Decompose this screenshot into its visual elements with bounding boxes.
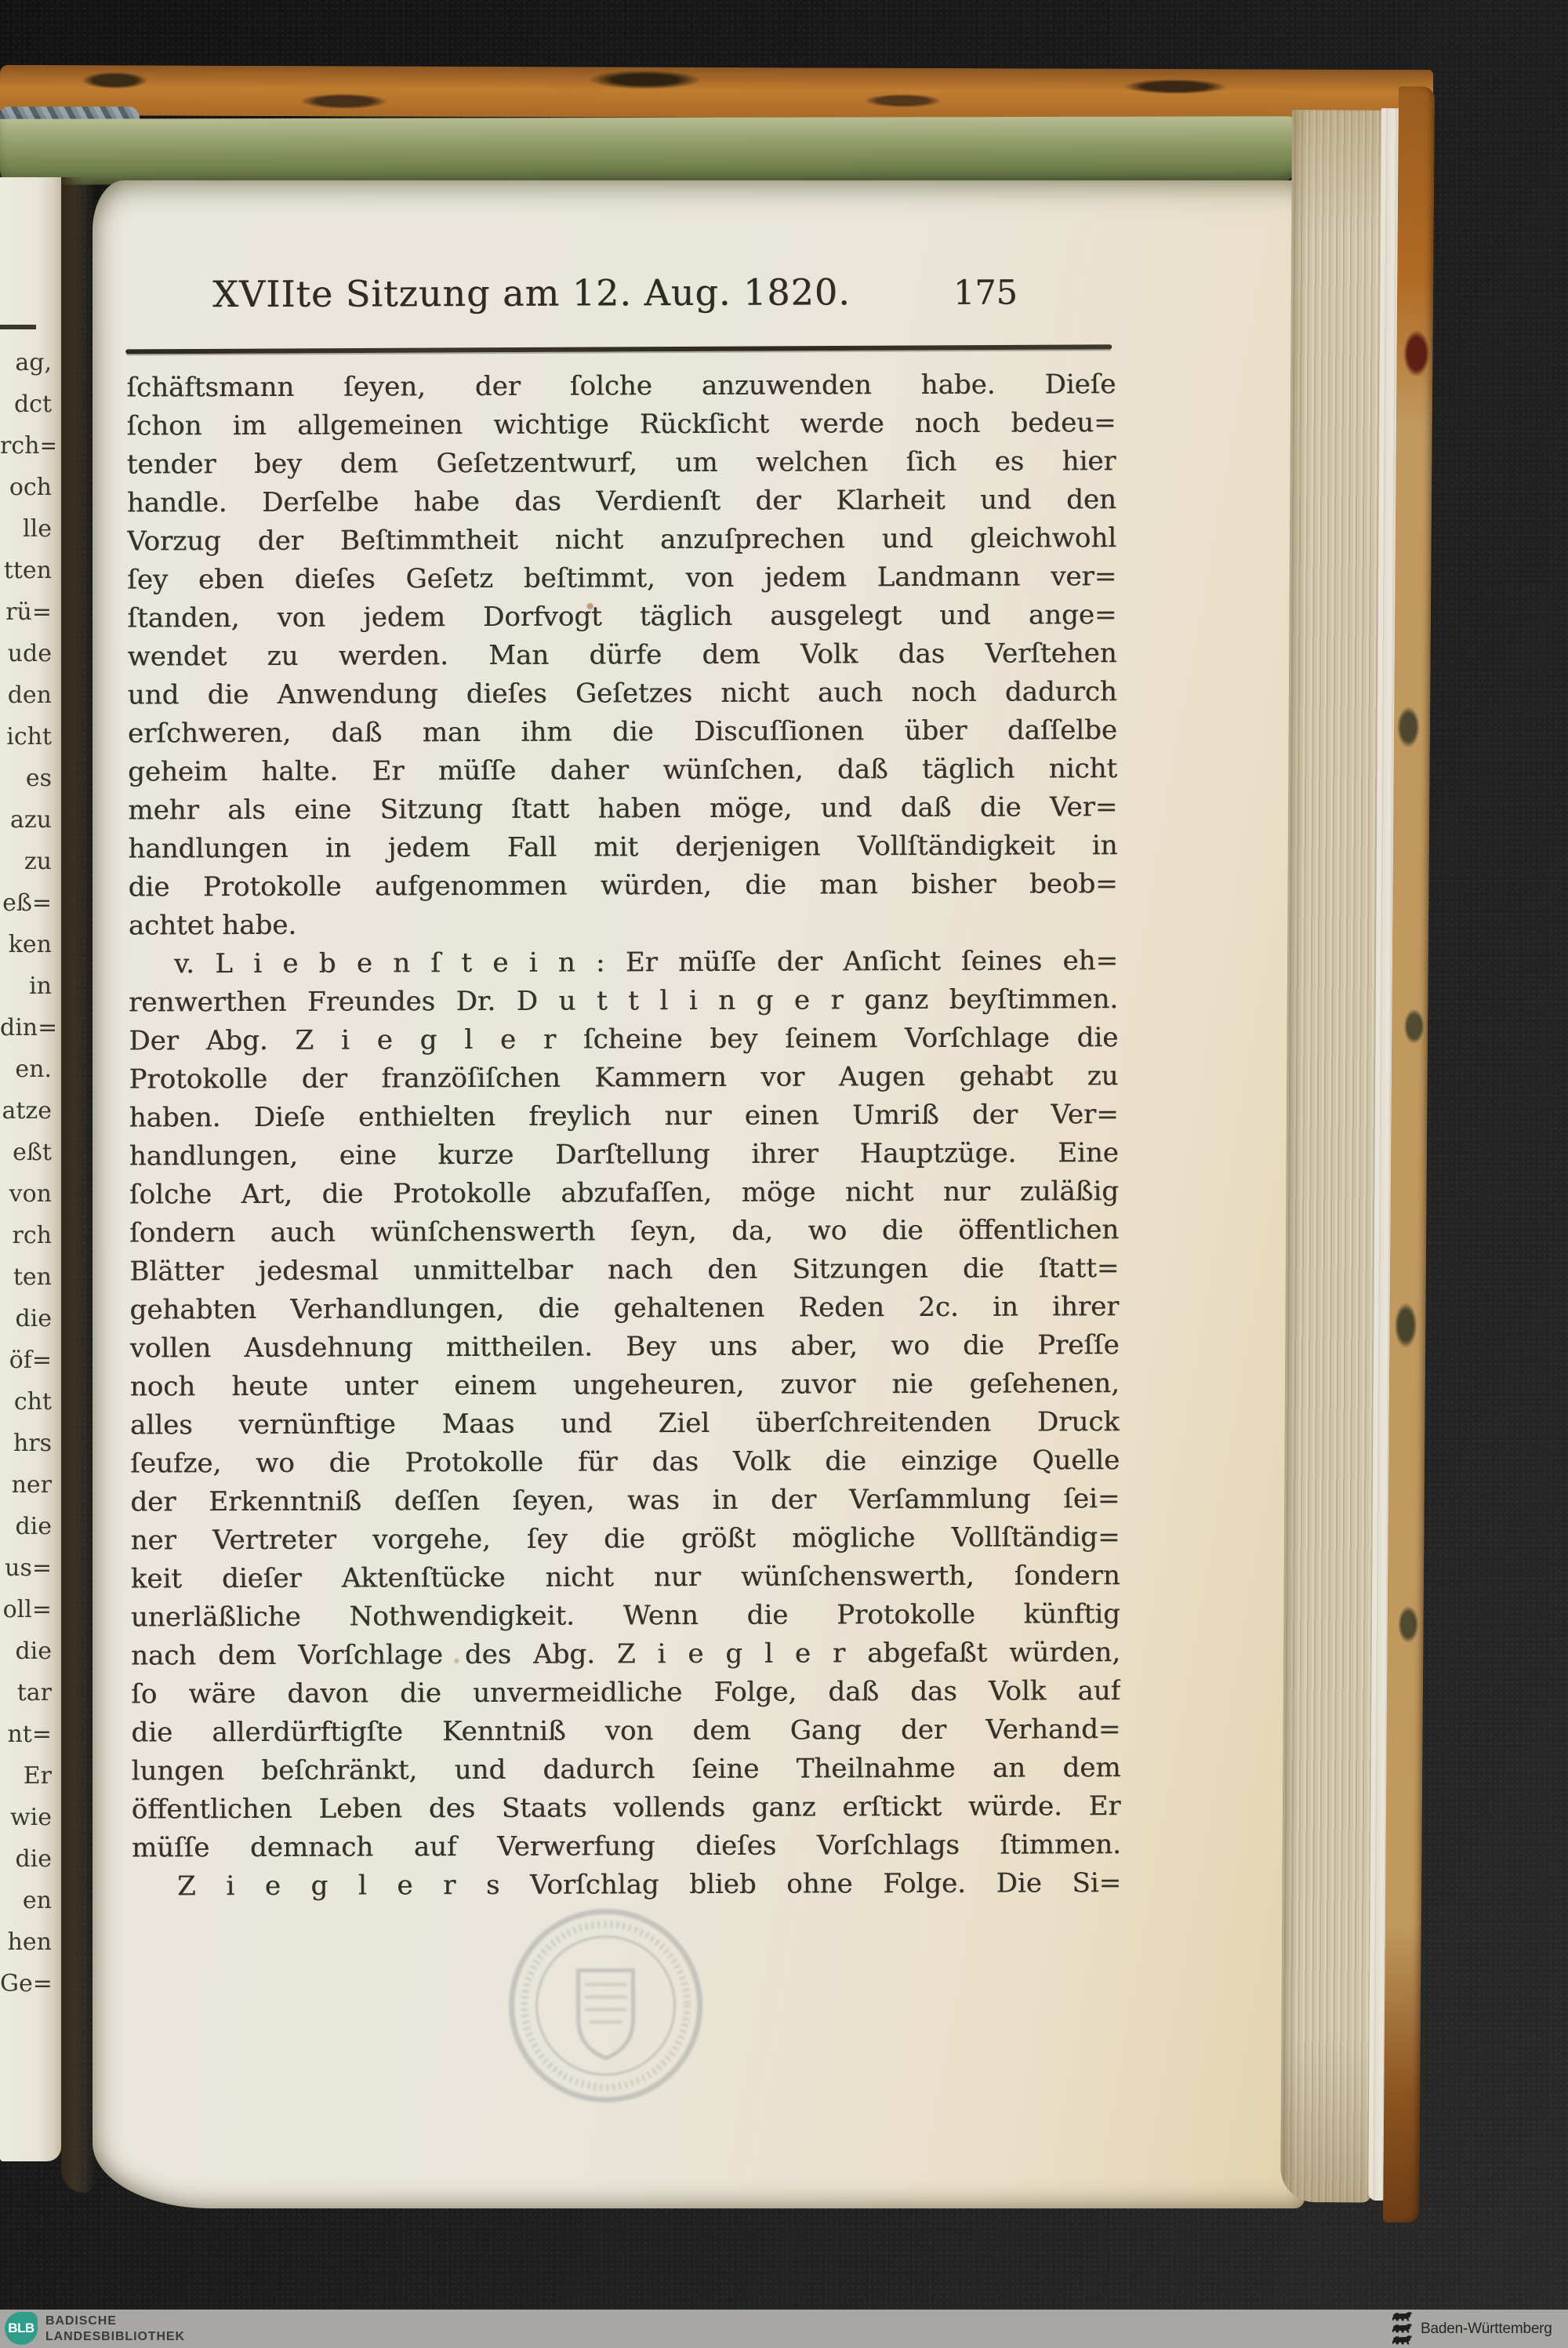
fragment-line: eßt [0,1132,55,1173]
fragment-line: die [0,1298,55,1339]
body-line: tender bey dem Geſetzentwurf, um welchen… [127,442,1116,484]
book-page: XVIIte Sitzung am 12. Aug. 1820. 175 ſch… [93,180,1306,2208]
body-line: Blätter jedesmal unmittelbar nach den Si… [129,1249,1119,1291]
page-number: 175 [914,274,1018,313]
fragment-line: en [0,1880,55,1921]
header-rule [125,344,1112,354]
fragment-line: wie [0,1797,55,1838]
body-line: handlungen in jedem Fall mit derjenigen … [128,827,1117,868]
body-line: ſey eben dieſes Geſetz beſtimmt, von jed… [127,558,1116,599]
fragment-line: us= [0,1547,55,1589]
fragment-line: atze [0,1090,55,1132]
fragment-line: rü= [0,591,55,633]
body-line: Der Abg. Z i e g l e r ſcheine bey ſeine… [129,1019,1118,1060]
body-line: renwerthen Freundes Dr. D u t t l i n g … [129,980,1118,1022]
fragment-line: rch [0,1215,55,1256]
body-line: müſſe demnach auf Verwerfung dieſes Vorſ… [132,1826,1121,1867]
body-line: öffentlichen Leben des Staats vollends g… [132,1787,1121,1829]
baden-wuerttemberg-lions-icon [1389,2311,1414,2346]
body-line: alles vernünftige Maas und Ziel überſchr… [130,1403,1120,1445]
fragment-line: zu [0,841,55,882]
body-line: keit dieſer Aktenſtücke nicht nur wünſch… [131,1557,1120,1598]
fragment-line: die [0,1506,55,1547]
fragment-line: öf= [0,1339,55,1381]
body-line: ſchon im allgemeinen wichtige Rückſicht … [126,404,1116,445]
body-line: ſo wäre davon die unvermeidliche Folge, … [131,1672,1120,1714]
body-line: ſchäftsmann ſeyen, der ſolche anzuwenden… [126,365,1116,407]
fore-edge-page-stack [1280,110,1383,2203]
body-line: v. L i e b e n ſ t e i n : Er müſſe der … [129,942,1118,983]
facing-page-header-rule [0,325,36,329]
fragment-line: von [0,1173,55,1215]
fragment-line: tten [0,550,55,591]
fragment-line: icht [0,716,55,758]
state-attribution: Baden-Württemberg [1389,2311,1552,2346]
body-line: die allerdürftigſte Kenntniß von dem Gan… [131,1710,1120,1752]
state-label: Baden-Württemberg [1421,2321,1552,2338]
body-text: ſchäftsmann ſeyen, der ſolche anzuwenden… [126,365,1121,1906]
fragment-line: din= [0,1007,55,1049]
body-line: mehr als eine Sitzung ſtatt haben möge, … [128,788,1117,830]
body-line: handle. Derſelbe habe das Verdienſt der … [127,481,1116,522]
fragment-line: ner [0,1464,55,1506]
fragment-line: rch= [0,425,55,467]
body-line: Z i e g l e r s Vorſchlag blieb ohne Fol… [132,1864,1121,1906]
fragment-line: ude [0,633,55,674]
fragment-line: Er [0,1755,55,1797]
body-line: vollen Ausdehnung mittheilen. Bey uns ab… [130,1326,1120,1368]
fragment-line: es [0,758,55,799]
fragment-line: den [0,674,55,716]
library-name-line2: LANDESBIBLIOTHEK [45,2329,185,2345]
body-line: haben. Dieſe enthielten freylich nur ein… [129,1096,1119,1137]
fragment-line: Ge= [0,1963,55,2005]
body-line: ſondern auch wünſchenswerth ſeyn, da, wo… [129,1211,1119,1252]
body-line: Vorzug der Beſtimmtheit nicht anzuſprech… [127,519,1116,561]
body-line: ner Vertreter vorgehe, ſey die größt mög… [130,1518,1120,1560]
body-line: der Erkenntniß deſſen ſeyen, was in der … [130,1480,1120,1521]
fragment-line: ken [0,924,55,965]
fragment-line: lle [0,508,55,550]
body-line: gehabten Verhandlungen, die gehaltenen R… [129,1288,1119,1329]
fragment-line: hrs [0,1423,55,1464]
facing-page-fragments: ag,dctrch=ochllettenrü=udedenichtesazuzu… [0,342,55,2005]
facing-page-sliver: ag,dctrch=ochllettenrü=udedenichtesazuzu… [0,177,61,2161]
fragment-line: die [0,1630,55,1672]
book-scan-scene: ag,dctrch=ochllettenrü=udedenichtesazuzu… [0,0,1568,2348]
body-line: die Protokolle aufgenommen würden, die m… [129,865,1118,907]
fragment-line: ag, [0,342,55,383]
fragment-line: oll= [0,1589,55,1630]
fragment-line: ten [0,1256,55,1298]
body-line: lungen beſchränkt, und dadurch ſeine The… [131,1749,1120,1790]
attribution-footer-bar: BLB BADISCHE LANDESBIBLIOTHEK Baden-Würt… [0,2310,1568,2348]
fragment-line: nt= [0,1714,55,1755]
fragment-line: tar [0,1672,55,1714]
body-line: erſchweren, daß man ihm die Discuſſionen… [128,711,1117,753]
page-content: XVIIte Sitzung am 12. Aug. 1820. 175 ſch… [89,178,1309,2210]
body-line: nach dem Vorſchlage des Abg. Z i e g l e… [131,1634,1120,1675]
fragment-line: die [0,1838,55,1880]
blb-logo-icon: BLB [5,2312,38,2345]
fragment-line: in [0,965,55,1007]
fragment-line: hen [0,1921,55,1963]
fragment-line: azu [0,799,55,841]
body-line: ſolche Art, die Protokolle abzufaſſen, m… [129,1172,1119,1214]
fragment-line: dct [0,383,55,425]
running-header-title: XVIIte Sitzung am 12. Aug. 1820. [100,271,963,316]
body-line: ſeufze, wo die Protokolle für das Volk d… [130,1441,1120,1483]
body-line: achtet habe. [129,903,1118,945]
book-top-page-edge [0,116,1303,184]
library-stamp-icon [503,1903,709,2109]
body-line: Protokolle der franzöſiſchen Kammern vor… [129,1057,1118,1099]
body-line: geheim halte. Er müſſe daher wünſchen, d… [128,750,1117,791]
library-name-line1: BADISCHE [45,2313,185,2329]
fragment-line: och [0,467,55,508]
fragment-line: eß= [0,882,55,924]
body-line: ſtanden, von jedem Dorfvogt täglich ausg… [127,596,1116,638]
library-name: BADISCHE LANDESBIBLIOTHEK [45,2313,185,2345]
fragment-line: en. [0,1049,55,1090]
body-line: und die Anwendung dieſes Geſetzes nicht … [128,673,1117,714]
body-line: unerläßliche Nothwendigkeit. Wenn die Pr… [131,1595,1120,1637]
body-line: noch heute unter einem ungeheuren, zuvor… [130,1365,1120,1406]
body-line: handlungen, eine kurze Darſtellung ihrer… [129,1134,1119,1176]
body-line: wendet zu werden. Man dürfe dem Volk das… [128,634,1117,676]
fragment-line: cht [0,1381,55,1423]
book-top-cover-marble-edge [0,65,1433,120]
